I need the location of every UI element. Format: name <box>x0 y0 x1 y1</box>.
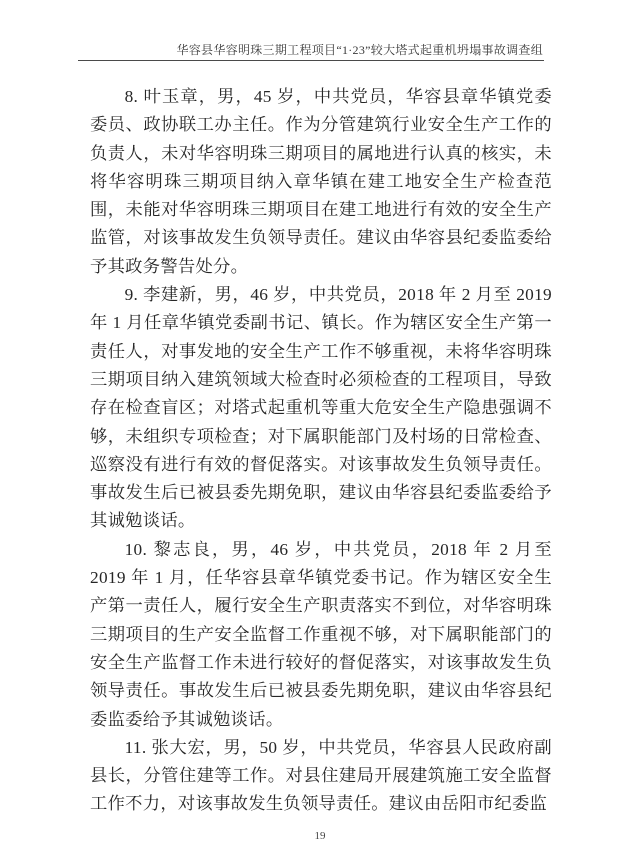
page-header: 华容县华容明珠三期工程项目“1·23”较大塔式起重机坍塌事故调查组 <box>78 41 543 58</box>
paragraph-person-9: 9. 李建新，男，46 岁，中共党员，2018 年 2 月至 2019 年 1 … <box>90 281 552 536</box>
page-number: 19 <box>0 830 640 842</box>
header-title: 华容县华容明珠三期工程项目“1·23”较大塔式起重机坍塌事故调查组 <box>176 43 543 57</box>
paragraph-person-10: 10. 黎志良，男，46 岁，中共党员，2018 年 2 月至 2019 年 1… <box>90 536 552 734</box>
document-body: 8. 叶玉章，男，45 岁，中共党员，华容县章华镇党委委员、政协联工办主任。作为… <box>90 83 552 819</box>
paragraph-person-8: 8. 叶玉章，男，45 岁，中共党员，华容县章华镇党委委员、政协联工办主任。作为… <box>90 83 552 281</box>
header-rule <box>78 60 544 61</box>
paragraph-person-11: 11. 张大宏，男，50 岁，中共党员，华容县人民政府副县长，分管住建等工作。对… <box>90 734 552 819</box>
document-page: 华容县华容明珠三期工程项目“1·23”较大塔式起重机坍塌事故调查组 8. 叶玉章… <box>0 0 640 854</box>
